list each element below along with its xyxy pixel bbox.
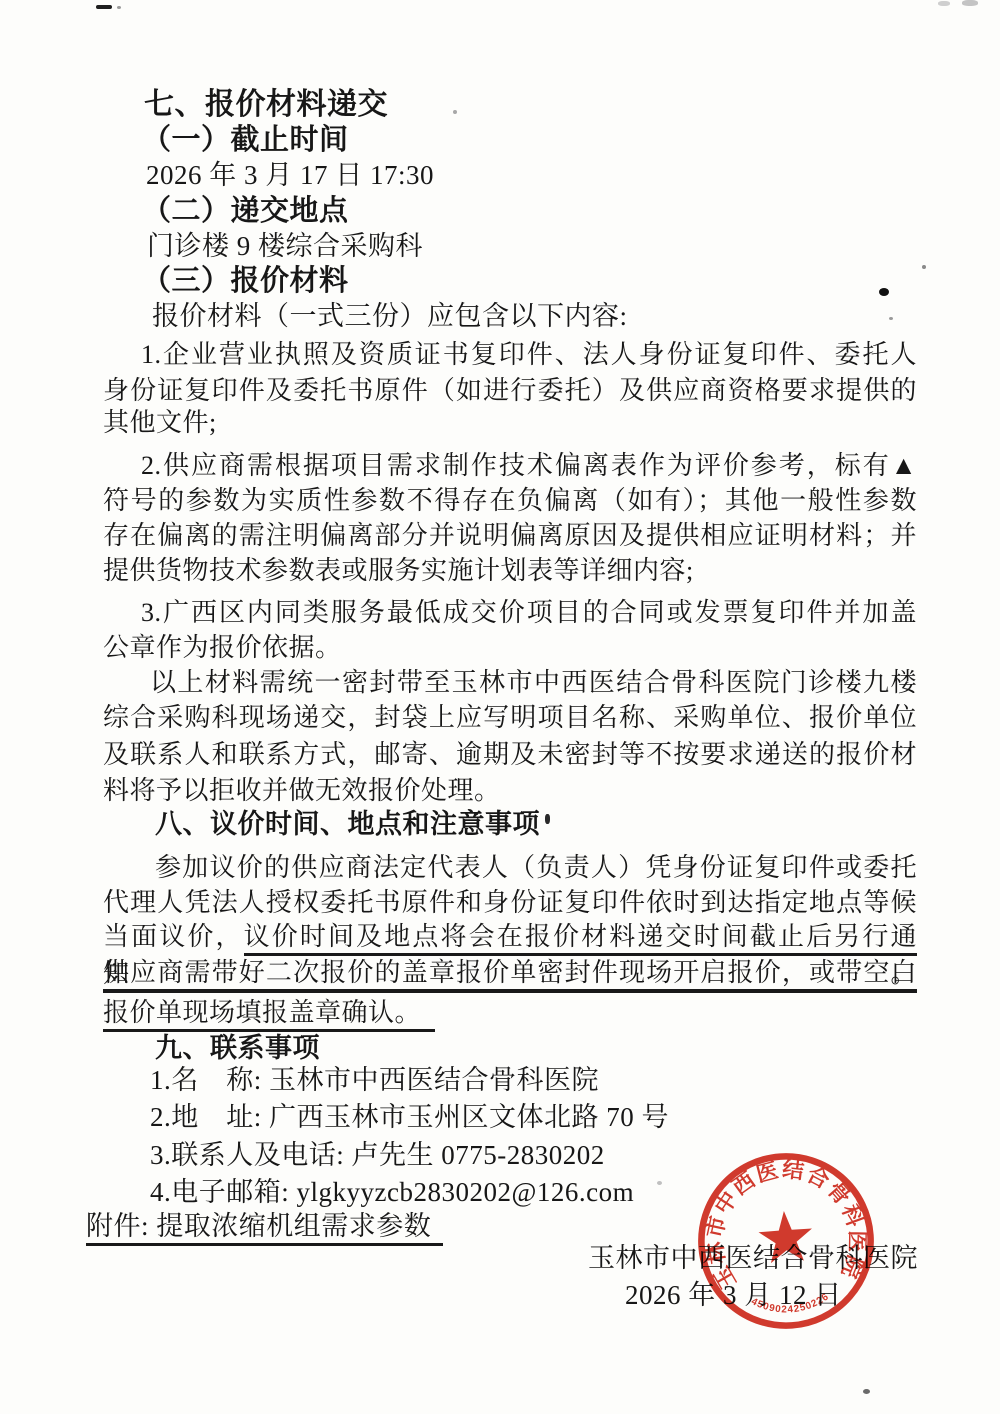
text-segment: 当面议价，	[103, 922, 244, 951]
document-line: 代理人凭法人授权委托书原件和身份证复印件依时到达指定地点等候	[103, 884, 917, 921]
text-segment: 4.电子邮箱: ylgkyyzcb2830202@126.com	[150, 1177, 634, 1207]
document-line: 报价单现场填报盖章确认。	[103, 994, 435, 1031]
scan-speck	[96, 5, 112, 9]
document-line: 附件: 提取浓缩机组需求参数	[86, 1208, 443, 1245]
text-segment: 九、联系事项	[155, 1033, 320, 1063]
scan-speck	[879, 288, 889, 296]
text-segment: 八、议价时间、地点和注意事项	[155, 809, 540, 839]
scan-speck	[863, 1389, 870, 1394]
document-line: 参加议价的供应商法定代表人（负责人）凭身份证复印件或委托	[155, 849, 917, 886]
document-line: 2026 年 3 月 17 日 17:30	[146, 157, 434, 194]
scan-speck	[889, 317, 893, 320]
document-line: 报价材料（一式三份）应包含以下内容:	[152, 298, 628, 335]
text-segment: 以上材料需统一密封带至玉林市中西医结合骨科医院门诊楼九楼	[150, 668, 917, 697]
official-red-seal: 玉林市中西医结合骨科医院 4509024250226	[686, 1141, 887, 1342]
scan-speck	[938, 1, 950, 6]
text-segment: 3.联系人及电话: 卢先生 0775-2830202	[150, 1140, 605, 1170]
underlined-text: 附件: 提取浓缩机组需求参数	[86, 1211, 443, 1246]
document-line: 门诊楼 9 楼综合采购科	[147, 228, 423, 265]
document-line: 提供货物技术参数表或服务实施计划表等详细内容;	[103, 552, 694, 589]
text-segment: （二）递交地点	[142, 195, 349, 227]
text-segment: 参加议价的供应商法定代表人（负责人）凭身份证复印件或委托	[155, 853, 917, 882]
document-line: 当面议价，议价时间及地点将会在报价材料递交时间截止后另行通知。	[103, 918, 917, 955]
underlined-text: 供应商需带好二次报价的盖章报价单密封件现场开启报价，或带空白	[103, 958, 917, 992]
star-icon	[757, 1209, 814, 1264]
text-segment: 门诊楼 9 楼综合采购科	[147, 231, 423, 261]
text-segment: 1.企业营业执照及资质证书复印件、法人身份证复印件、委托人	[141, 340, 917, 369]
scan-speck	[962, 0, 978, 6]
text-segment: 2.供应商需根据项目需求制作技术偏离表作为评价参考，标有▲	[141, 451, 917, 480]
document-line: 3.广西区内同类服务最低成交价项目的合同或发票复印件并加盖	[141, 594, 917, 631]
document-line: （二）递交地点	[142, 193, 349, 230]
text-segment: 综合采购科现场递交，封袋上应写明项目名称、采购单位、报价单位	[103, 703, 917, 732]
document-line: 综合采购科现场递交，封袋上应写明项目名称、采购单位、报价单位	[103, 699, 917, 736]
text-segment: 七、报价材料递交	[144, 88, 388, 121]
scan-speck	[657, 1181, 662, 1185]
text-segment: 提供货物技术参数表或服务实施计划表等详细内容;	[103, 556, 694, 585]
document-line: 存在偏离的需注明偏离部分并说明偏离原因及提供相应证明材料；并	[103, 517, 917, 554]
text-segment: 其他文件;	[103, 408, 217, 437]
document-line: 七、报价材料递交	[144, 86, 388, 123]
document-line: 以上材料需统一密封带至玉林市中西医结合骨科医院门诊楼九楼	[150, 664, 917, 701]
text-segment: 2.地 址: 广西玉林市玉州区文体北路 70 号	[150, 1102, 669, 1132]
document-line: 供应商需带好二次报价的盖章报价单密封件现场开启报价，或带空白	[103, 954, 917, 991]
document-line: 2.供应商需根据项目需求制作技术偏离表作为评价参考，标有▲	[141, 447, 917, 484]
document-line: 1.企业营业执照及资质证书复印件、法人身份证复印件、委托人	[141, 336, 917, 373]
document-line: 公章作为报价依据。	[103, 629, 342, 666]
text-segment: 料将予以拒收并做无效报价处理。	[103, 776, 501, 805]
text-segment: 2026 年 3 月 17 日 17:30	[146, 160, 434, 190]
text-segment: 1.名 称: 玉林市中西医结合骨科医院	[150, 1065, 599, 1095]
document-line: 其他文件;	[103, 404, 217, 441]
scan-speck	[453, 110, 457, 114]
scan-speck	[117, 6, 121, 9]
underlined-text: 报价单现场填报盖章确认。	[103, 998, 435, 1032]
document-line: 料将予以拒收并做无效报价处理。	[103, 772, 501, 809]
document-line: 1.名 称: 玉林市中西医结合骨科医院	[150, 1062, 599, 1099]
text-segment: 公章作为报价依据。	[103, 633, 342, 662]
document-line: 2.地 址: 广西玉林市玉州区文体北路 70 号	[150, 1099, 669, 1136]
seal-serial-number: 4509024250226	[749, 1291, 833, 1318]
document-line: 及联系人和联系方式，邮寄、逾期及未密封等不按要求递送的报价材	[103, 736, 917, 773]
document-line: 身份证复印件及委托书原件（如进行委托）及供应商资格要求提供的	[103, 372, 917, 409]
text-segment: 及联系人和联系方式，邮寄、逾期及未密封等不按要求递送的报价材	[103, 740, 917, 769]
text-segment: （三）报价材料	[142, 265, 349, 297]
document-line: 4.电子邮箱: ylgkyyzcb2830202@126.com	[150, 1174, 634, 1211]
document-line: （一）截止时间	[142, 122, 349, 159]
text-segment: 存在偏离的需注明偏离部分并说明偏离原因及提供相应证明材料；并	[103, 521, 917, 550]
text-segment: （一）截止时间	[142, 124, 349, 156]
scan-speck	[922, 265, 926, 269]
scan-speck	[545, 814, 550, 824]
scanned-document-page: 七、报价材料递交（一）截止时间2026 年 3 月 17 日 17:30（二）递…	[0, 0, 1000, 1414]
document-line: 符号的参数为实质性参数不得存在负偏离（如有）；其他一般性参数	[103, 482, 917, 519]
document-line: （三）报价材料	[142, 263, 349, 300]
document-line: 八、议价时间、地点和注意事项	[155, 806, 540, 843]
text-segment: 代理人凭法人授权委托书原件和身份证复印件依时到达指定地点等候	[103, 888, 917, 917]
text-segment: 身份证复印件及委托书原件（如进行委托）及供应商资格要求提供的	[103, 376, 917, 405]
text-segment: 报价材料（一式三份）应包含以下内容:	[152, 301, 628, 331]
document-line: 3.联系人及电话: 卢先生 0775-2830202	[150, 1137, 605, 1174]
text-segment: 符号的参数为实质性参数不得存在负偏离（如有）；其他一般性参数	[103, 486, 917, 515]
text-segment: 3.广西区内同类服务最低成交价项目的合同或发票复印件并加盖	[141, 598, 917, 627]
